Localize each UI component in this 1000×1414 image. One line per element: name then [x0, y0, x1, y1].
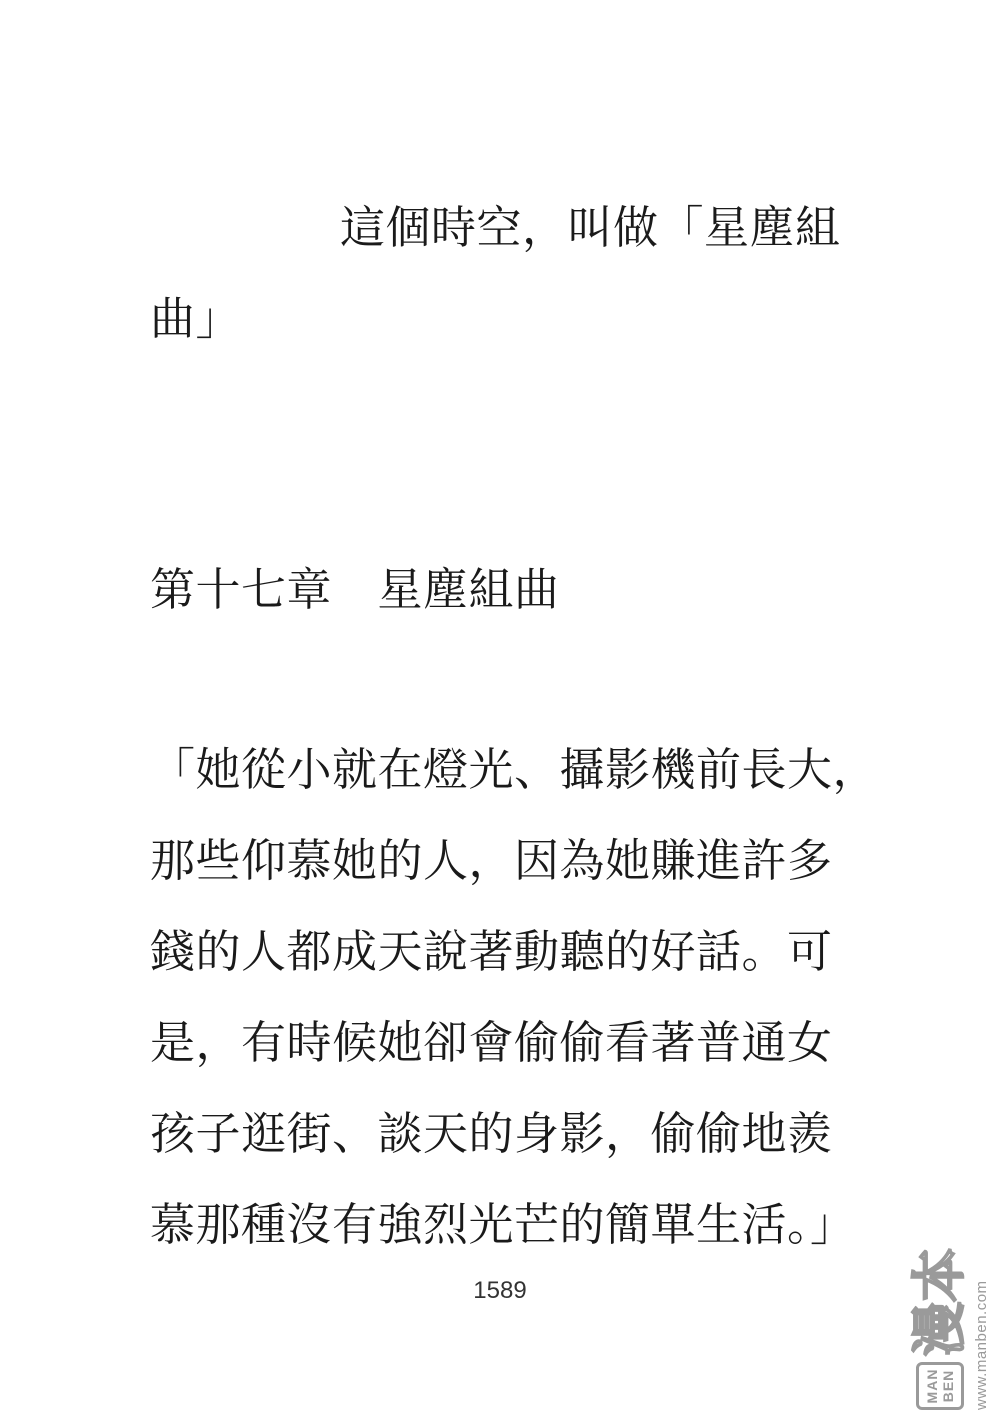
body-paragraph: 「她從小就在燈光、攝影機前長大， 那些仰慕她的人，因為她賺進許多 錢的人都成天說… — [150, 724, 895, 1270]
body-line: 孩子逛街、談天的身影，偷偷地羨 — [150, 1088, 895, 1179]
body-line: 錢的人都成天說著動聽的好話。可 — [150, 906, 895, 997]
body-line: 慕那種沒有強烈光芒的簡單生活。」 — [150, 1179, 895, 1270]
watermark: MAN BEN 漫本 www.manben.com — [911, 1250, 989, 1410]
intro-line: 這個時空，叫做「星塵組 — [150, 182, 895, 273]
chapter-heading-block: 第十七章 星塵組曲 — [150, 544, 895, 635]
intro-paragraph: 這個時空，叫做「星塵組 曲」 — [150, 182, 895, 364]
body-line: 「她從小就在燈光、攝影機前長大， — [150, 724, 895, 815]
manben-logo-text: 漫本 — [913, 1248, 967, 1356]
reader-page: 這個時空，叫做「星塵組 曲」 第十七章 星塵組曲 「她從小就在燈光、攝影機前長大… — [0, 0, 1000, 1414]
manben-logo-box-top: MAN — [924, 1369, 940, 1404]
watermark-logo-row: MAN BEN 漫本 — [911, 1250, 969, 1410]
intro-line: 曲」 — [150, 273, 895, 364]
manben-logo-box-bottom: BEN — [940, 1370, 956, 1403]
chapter-heading: 第十七章 星塵組曲 — [150, 544, 895, 635]
body-line: 是，有時候她卻會偷偷看著普通女 — [150, 997, 895, 1088]
text-column: 這個時空，叫做「星塵組 曲」 第十七章 星塵組曲 「她從小就在燈光、攝影機前長大… — [150, 0, 895, 1270]
page-number: 1589 — [0, 1276, 1000, 1306]
manben-logo-box-icon: MAN BEN — [916, 1362, 964, 1410]
body-line: 那些仰慕她的人，因為她賺進許多 — [150, 815, 895, 906]
watermark-url: www.manben.com — [974, 1250, 989, 1410]
